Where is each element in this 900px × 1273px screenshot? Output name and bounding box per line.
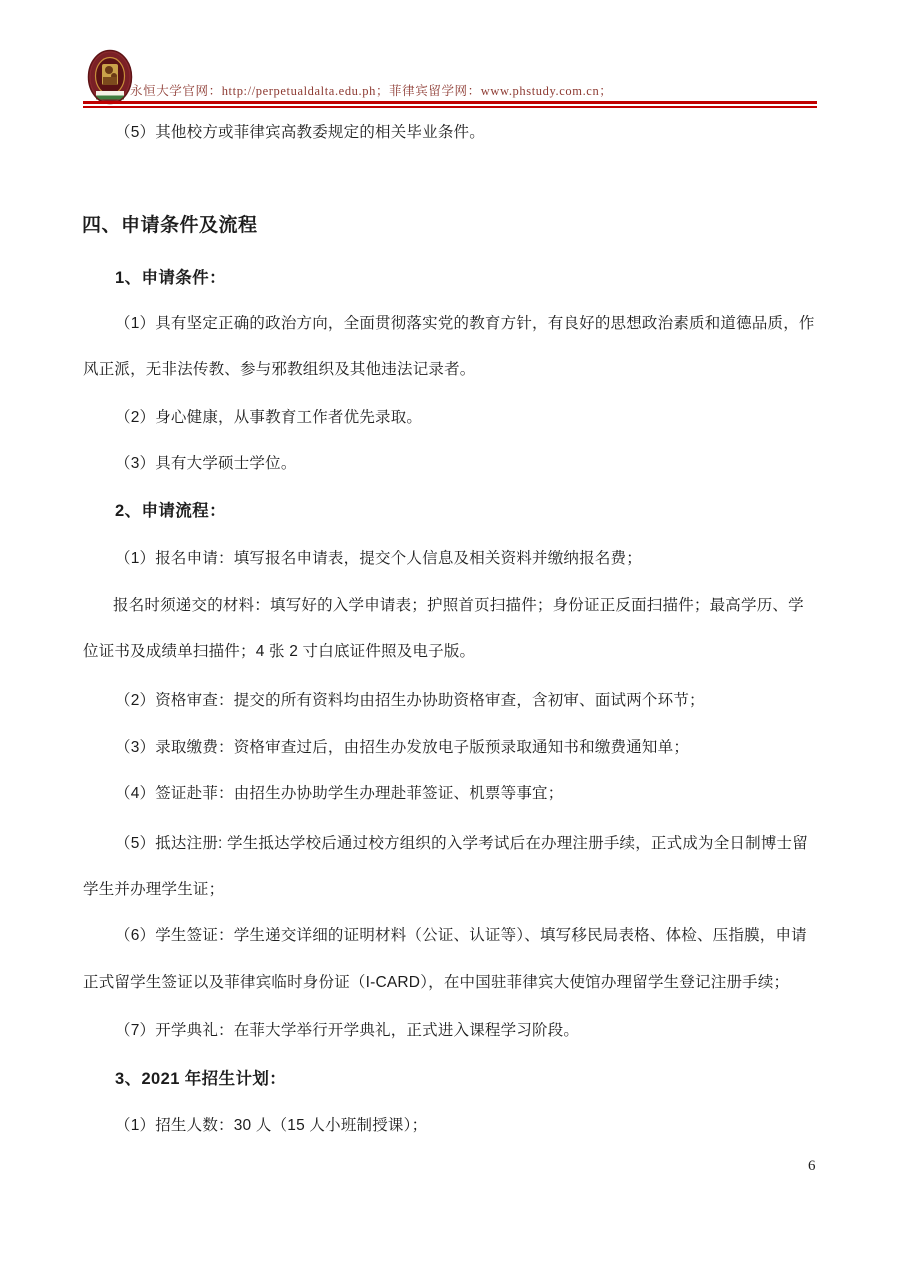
subsection-heading: 1、申请条件：	[115, 267, 226, 289]
paragraph-line: （3）具有大学硕士学位。	[115, 453, 297, 475]
subsection-heading: 3、2021 年招生计划：	[115, 1068, 286, 1090]
paragraph-line: （1）具有坚定正确的政治方向，全面贯彻落实党的教育方针，有良好的思想政治素质和道…	[115, 313, 815, 335]
paragraph-line: 风正派，无非法传教、参与邪教组织及其他违法记录者。	[83, 359, 476, 381]
university-crest-icon	[87, 49, 133, 107]
paragraph-line: （2）身心健康，从事教育工作者优先录取。	[115, 407, 422, 429]
paragraph-line: （1）招生人数：30 人（15 人小班制授课）；	[115, 1115, 427, 1137]
document-page: 永恒大学官网：http://perpetualdalta.edu.ph；菲律宾留…	[0, 0, 900, 1273]
paragraph-line: （5）其他校方或菲律宾高教委规定的相关毕业条件。	[115, 122, 485, 144]
subsection-heading: 2、申请流程：	[115, 500, 226, 522]
header-rule-thick	[83, 101, 817, 104]
section-heading: 四、申请条件及流程	[82, 215, 258, 237]
paragraph-line: （2）资格审查：提交的所有资料均由招生办协助资格审查，含初审、面试两个环节；	[115, 690, 705, 712]
paragraph-line: 报名时须递交的材料：填写好的入学申请表；护照首页扫描件；身份证正反面扫描件；最高…	[113, 595, 804, 617]
paragraph-line: （5）抵达注册: 学生抵达学校后通过校方组织的入学考试后在办理注册手续，正式成为…	[115, 833, 808, 855]
paragraph-line: （6）学生签证：学生递交详细的证明材料（公证、认证等）、填写移民局表格、体检、压…	[115, 925, 807, 947]
header-site-links: 永恒大学官网：http://perpetualdalta.edu.ph；菲律宾留…	[130, 81, 612, 99]
paragraph-line: 位证书及成绩单扫描件；4 张 2 寸白底证件照及电子版。	[83, 641, 475, 663]
paragraph-line: 学生并办理学生证；	[83, 879, 224, 901]
paragraph-line: 正式留学生签证以及菲律宾临时身份证（I-CARD），在中国驻菲律宾大使馆办理留学…	[83, 972, 789, 994]
paragraph-line: （4）签证赴菲：由招生办协助学生办理赴菲签证、机票等事宜；	[115, 783, 563, 805]
paragraph-line: （7）开学典礼：在菲大学举行开学典礼，正式进入课程学习阶段。	[115, 1020, 579, 1042]
page-number: 6	[808, 1158, 816, 1175]
header-rule-thin	[83, 106, 817, 108]
paragraph-line: （3）录取缴费：资格审查过后，由招生办发放电子版预录取通知书和缴费通知单；	[115, 737, 689, 759]
paragraph-line: （1）报名申请：填写报名申请表，提交个人信息及相关资料并缴纳报名费；	[115, 548, 642, 570]
